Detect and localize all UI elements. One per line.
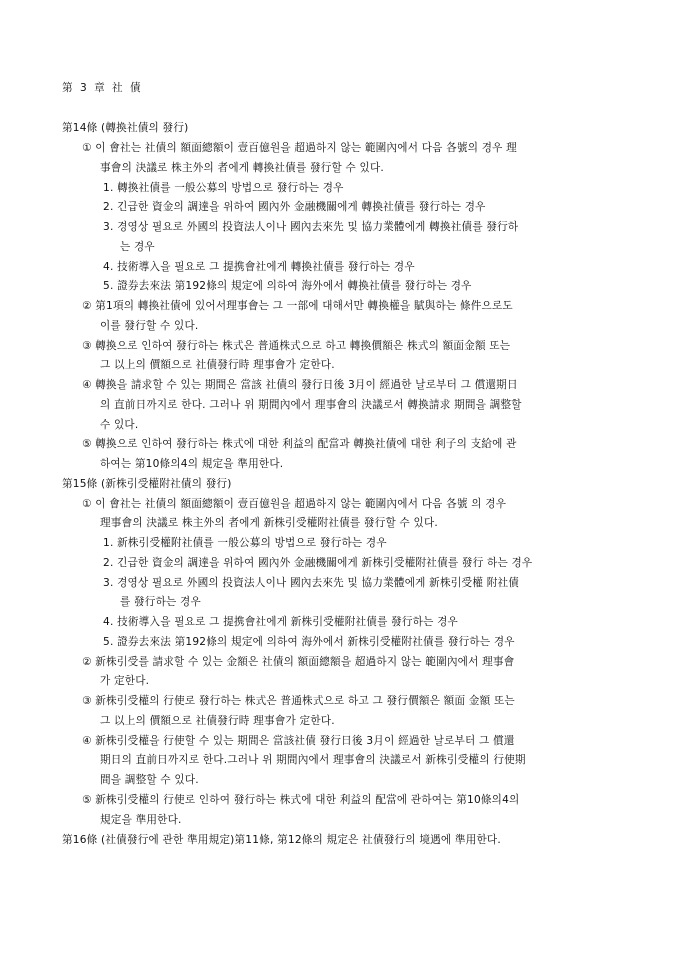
article-14-item-3-line-2: 는 경우 — [120, 240, 155, 254]
article-14-para-2-line-2: 이를 發行할 수 있다. — [100, 319, 198, 333]
article-15-para-1-line-1: ① 이 會社는 社債의 額面總額이 壹百億원을 超過하지 않는 範圍內에서 다음… — [82, 497, 506, 511]
article-14-para-3-line-1: ③ 轉換으로 인하여 發行하는 株式은 普通株式으로 하고 轉換價額은 株式의 … — [82, 339, 510, 353]
article-15-para-4-line-3: 間을 調整할 수 있다. — [100, 773, 199, 787]
article-14-item-1: 1. 轉換社債를 一般公募의 방법으로 發行하는 경우 — [103, 181, 344, 195]
article-15-para-2-line-1: ② 新株引受를 請求할 수 있는 金額은 社債의 額面總額을 超過하지 않는 範… — [82, 655, 514, 669]
article-15-para-1-line-2: 理事會의 決議로 株主外의 者에게 新株引受權附社債를 發行할 수 있다. — [100, 516, 438, 530]
article-14-item-5: 5. 證券去來法 第192條의 規定에 의하여 海外에서 轉換社債를 發行하는 … — [103, 279, 472, 293]
article-15-para-5-line-1: ⑤ 新株引受權의 行使로 인하여 發行하는 株式에 대한 利益의 配當에 관하여… — [82, 793, 520, 807]
article-14-para-1-line-2: 事會의 決議로 株主外의 者에게 轉換社債를 發行할 수 있다. — [100, 161, 384, 175]
article-16-heading: 第16條 (社債發行에 관한 準用規定)第11條, 第12條의 規定은 社債發行… — [62, 833, 501, 847]
chapter-title: 第 3 章 社 債 — [62, 81, 143, 95]
article-15-item-1: 1. 新株引受權附社債를 一般公募의 방법으로 發行하는 경우 — [103, 536, 387, 550]
article-15-item-5: 5. 證券去來法 第192條의 規定에 의하여 海外에서 新株引受權附社債를 發… — [103, 635, 515, 649]
article-14-para-3-line-2: 그 以上의 價額으로 社債發行時 理事會가 定한다. — [100, 358, 335, 372]
article-14-para-5-line-2: 하여는 第10條의4의 規定을 準用한다. — [100, 457, 283, 471]
article-15-para-3-line-1: ③ 新株引受權의 行使로 發行하는 株式은 普通株式으로 하고 그 發行價額은 … — [82, 694, 515, 708]
document-page: 第 3 章 社 債 第14條 (轉換社債의 發行) ① 이 會社는 社債의 額面… — [0, 0, 680, 962]
article-15-para-2-line-2: 가 定한다. — [100, 674, 149, 688]
article-14-item-4: 4. 技術導入을 필요로 그 提携會社에게 轉換社債를 發行하는 경우 — [103, 260, 415, 274]
article-15-para-4-line-2: 期日의 直前日까지로 한다.그러나 위 期間內에서 理事會의 決議로서 新株引受… — [100, 753, 526, 767]
article-15-item-3-line-2: 를 發行하는 경우 — [120, 595, 201, 609]
article-14-para-1-line-1: ① 이 會社는 社債의 額面總額이 壹百億원을 超過하지 않는 範圍內에서 다음… — [82, 141, 517, 155]
article-15-item-3-line-1: 3. 경영상 필요로 外國의 投資法人이나 國內去來先 및 協力業體에게 新株引… — [103, 576, 519, 590]
article-15-para-5-line-2: 規定을 準用한다. — [100, 813, 182, 827]
article-14-heading: 第14條 (轉換社債의 發行) — [62, 121, 188, 135]
article-14-para-4-line-1: ④ 轉換을 請求할 수 있는 期間은 當該 社債의 發行日後 3月이 經過한 날… — [82, 378, 518, 392]
article-14-para-4-line-2: 의 直前日까지로 한다. 그러나 위 期間內에서 理事會의 決議로서 轉換請求 … — [100, 398, 522, 412]
article-15-item-4: 4. 技術導入을 필요로 그 提携會社에게 新株引受權附社債를 發行하는 경우 — [103, 615, 458, 629]
article-15-para-4-line-1: ④ 新株引受權을 行使할 수 있는 期間은 當該社債 發行日後 3月이 經過한 … — [82, 734, 515, 748]
article-15-heading: 第15條 (新株引受權附社債의 發行) — [62, 477, 232, 491]
article-14-item-2: 2. 긴급한 資金의 調達을 위하여 國內外 金融機關에게 轉換社債를 發行하는… — [103, 200, 486, 214]
article-14-para-2-line-1: ② 第1項의 轉換社債에 있어서理事會는 그 一部에 대해서만 轉換權을 賦與하… — [82, 299, 513, 313]
article-15-para-3-line-2: 그 以上의 價額으로 社債發行時 理事會가 定한다. — [100, 714, 335, 728]
article-15-item-2: 2. 긴급한 資金의 調達을 위하여 國內外 金融機關에게 新株引受權附社債를 … — [103, 556, 532, 570]
article-14-para-4-line-3: 수 있다. — [100, 418, 138, 432]
article-14-item-3-line-1: 3. 경영상 필요로 外國의 投資法人이나 國內去來先 및 協力業體에게 轉換社… — [103, 220, 518, 234]
article-14-para-5-line-1: ⑤ 轉換으로 인하여 發行하는 株式에 대한 利益의 配當과 轉換社債에 대한 … — [82, 437, 517, 451]
